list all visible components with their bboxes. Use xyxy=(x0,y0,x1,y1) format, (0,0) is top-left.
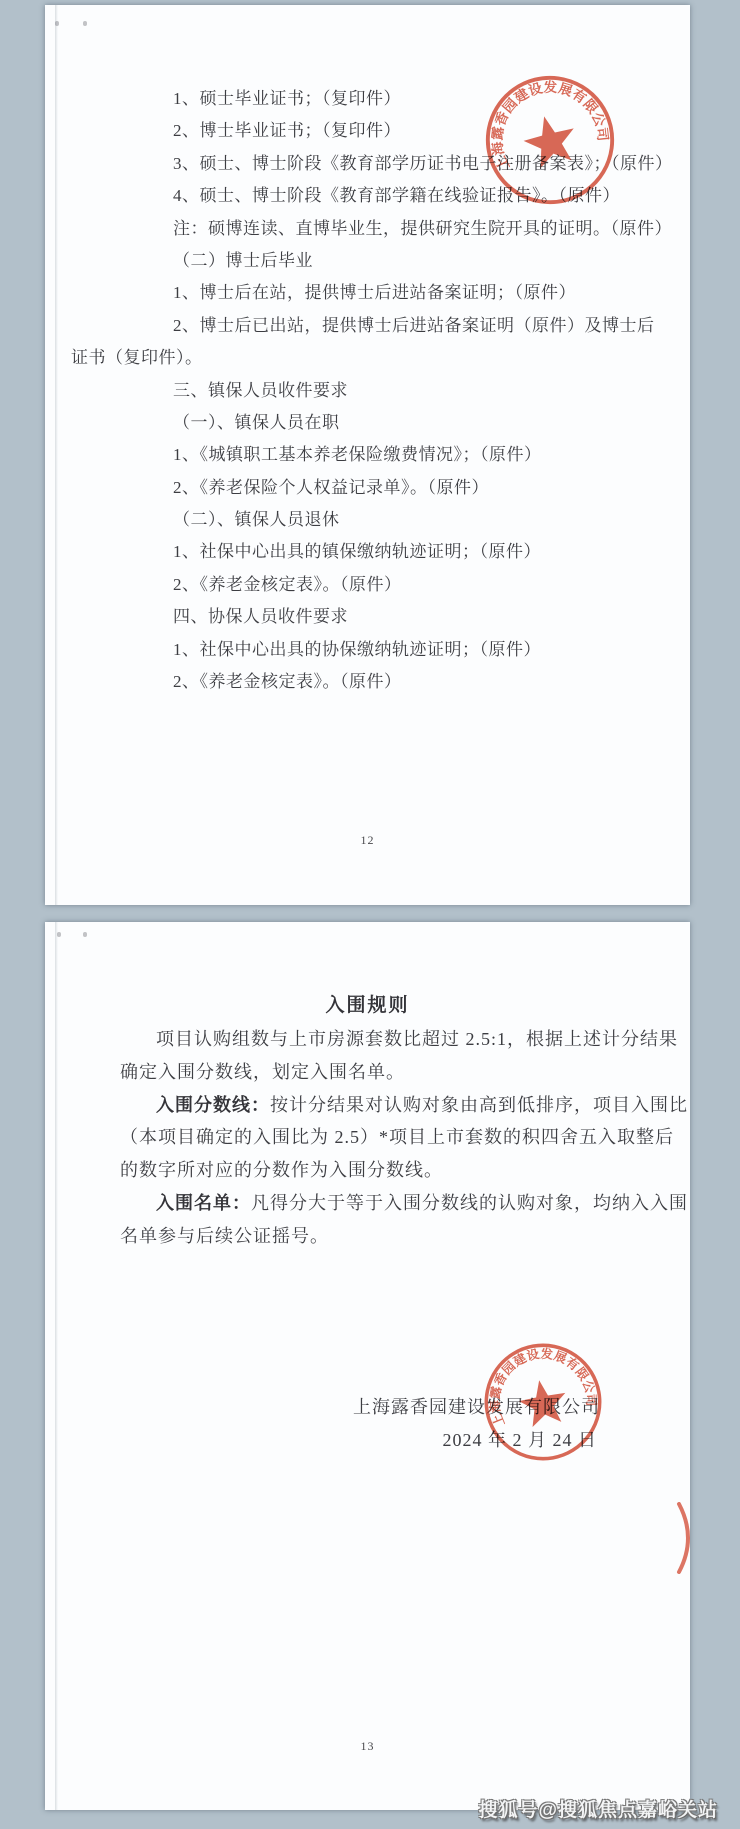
note-line: 注：硕博连读、直博毕业生，提供研究生院开具的证明。（原件） xyxy=(71,213,652,245)
official-seal: 上海露香园建设发展有限公司 xyxy=(471,1330,615,1474)
page-number: 13 xyxy=(45,1739,690,1754)
line-text: 按计分结果对认购对象由高到低排序，项目入围比 xyxy=(270,1095,688,1115)
list-item: 2、《养老金核定表》。（原件） xyxy=(71,666,652,698)
lead-term: 入围分数线： xyxy=(156,1095,270,1115)
line-text: 名单参与后续公证摇号。 xyxy=(120,1226,329,1246)
list-item: 2、博士后已出站，提供博士后进站备案证明（原件）及博士后 xyxy=(71,310,652,342)
page2-text-block: 项目认购组数与上市房源套数比超过 2.5:1，根据上述计分结果 确定入围分数线，… xyxy=(45,1023,690,1253)
paragraph-line: 入围分数线：按计分结果对认购对象由高到低排序，项目入围比 xyxy=(120,1089,648,1122)
line-text: （本项目确定的入围比为 2.5）*项目上市套数的积四舍五入取整后 xyxy=(120,1127,674,1147)
paragraph-line: （本项目确定的入围比为 2.5）*项目上市套数的积四舍五入取整后 xyxy=(120,1121,648,1154)
line-text: 凡得分大于等于入围分数线的认购对象，均纳入入围 xyxy=(251,1193,688,1213)
line-text: 的数字所对应的分数作为入围分数线。 xyxy=(120,1160,443,1180)
lead-term: 入围名单： xyxy=(156,1193,251,1213)
document-page-1: 1、硕士毕业证书；（复印件） 2、博士毕业证书；（复印件） 3、硕士、博士阶段《… xyxy=(45,5,690,905)
star-icon xyxy=(519,110,581,170)
list-item: 2、《养老金核定表》。（原件） xyxy=(71,569,652,601)
section-heading: （一）、镇保人员在职 xyxy=(71,407,652,439)
scan-artifact xyxy=(55,21,59,26)
page-number: 12 xyxy=(45,833,690,848)
scan-artifact xyxy=(83,21,87,26)
paragraph-line: 名单参与后续公证摇号。 xyxy=(120,1220,648,1253)
list-item: 1、社保中心出具的镇保缴纳轨迹证明；（原件） xyxy=(71,536,652,568)
document-viewer: 1、硕士毕业证书；（复印件） 2、博士毕业证书；（复印件） 3、硕士、博士阶段《… xyxy=(0,0,740,1829)
line-text: 项目认购组数与上市房源套数比超过 2.5:1，根据上述计分结果 xyxy=(156,1029,678,1049)
list-item-continuation: 证书（复印件）。 xyxy=(71,342,652,374)
list-item: 2、《养老保险个人权益记录单》。（原件） xyxy=(71,472,652,504)
list-item: 1、《城镇职工基本养老保险缴费情况》；（原件） xyxy=(71,439,652,471)
paragraph-line: 确定入围分数线，划定入围名单。 xyxy=(120,1056,648,1089)
document-page-2: 入围规则 项目认购组数与上市房源套数比超过 2.5:1，根据上述计分结果 确定入… xyxy=(45,922,690,1810)
list-item: 1、社保中心出具的协保缴纳轨迹证明；（原件） xyxy=(71,634,652,666)
list-item: 1、博士后在站，提供博士后进站备案证明；（原件） xyxy=(71,277,652,309)
paragraph-line: 项目认购组数与上市房源套数比超过 2.5:1，根据上述计分结果 xyxy=(120,1023,648,1056)
star-icon xyxy=(516,1376,570,1428)
scan-artifact xyxy=(83,932,87,937)
red-ink-arc-icon xyxy=(675,1502,697,1574)
line-text: 确定入围分数线，划定入围名单。 xyxy=(120,1062,405,1082)
section-heading: （二）、镇保人员退休 xyxy=(71,504,652,536)
section-heading: 三、镇保人员收件要求 xyxy=(71,375,652,407)
sohu-watermark: 搜狐号@搜狐焦点嘉峪关站 xyxy=(478,1795,718,1822)
section-heading: （二）博士后毕业 xyxy=(71,245,652,277)
scan-artifact xyxy=(57,932,61,937)
page-title: 入围规则 xyxy=(45,990,690,1017)
paragraph-line: 入围名单：凡得分大于等于入围分数线的认购对象，均纳入入围 xyxy=(120,1187,648,1220)
paragraph-line: 的数字所对应的分数作为入围分数线。 xyxy=(120,1154,648,1187)
section-heading: 四、协保人员收件要求 xyxy=(71,601,652,633)
